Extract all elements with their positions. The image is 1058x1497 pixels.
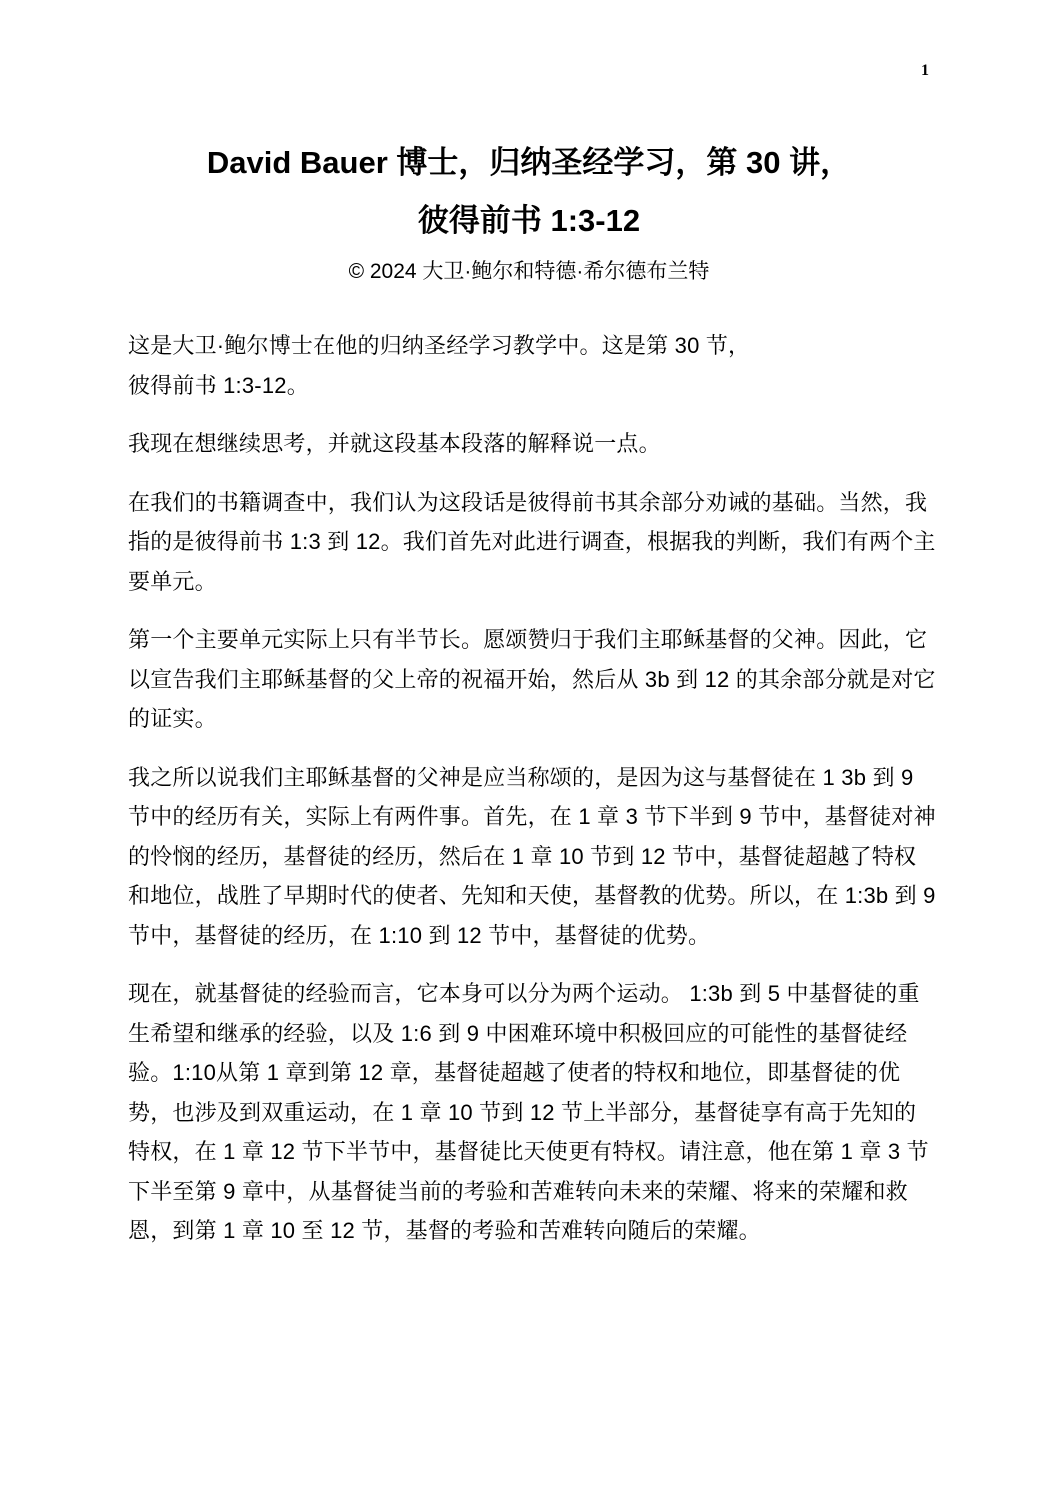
paragraph-1: 这是大卫·鲍尔博士在他的归纳圣经学习教学中。这是第 30 节， 彼得前书 1:3… — [128, 326, 936, 405]
document-body: 这是大卫·鲍尔博士在他的归纳圣经学习教学中。这是第 30 节， 彼得前书 1:3… — [128, 326, 936, 1270]
document-title-line2: 彼得前书 1:3-12 — [0, 201, 1058, 241]
paragraph-4: 第一个主要单元实际上只有半节长。愿颂赞归于我们主耶稣基督的父神。因此，它以宣告我… — [128, 620, 936, 739]
document-title-line1: David Bauer 博士，归纳圣经学习，第 30 讲， — [0, 143, 1058, 183]
paragraph-3: 在我们的书籍调查中，我们认为这段话是彼得前书其余部分劝诫的基础。当然，我指的是彼… — [128, 483, 936, 602]
paragraph-5: 我之所以说我们主耶稣基督的父神是应当称颂的，是因为这与基督徒在 1 3b 到 9… — [128, 758, 936, 956]
paragraph-6: 现在，就基督徒的经验而言，它本身可以分为两个运动。 1:3b 到 5 中基督徒的… — [128, 974, 936, 1251]
page-number: 1 — [921, 62, 929, 80]
paragraph-2: 我现在想继续思考，并就这段基本段落的解释说一点。 — [128, 424, 936, 464]
copyright-line: © 2024 大卫·鲍尔和特德·希尔德布兰特 — [0, 257, 1058, 287]
